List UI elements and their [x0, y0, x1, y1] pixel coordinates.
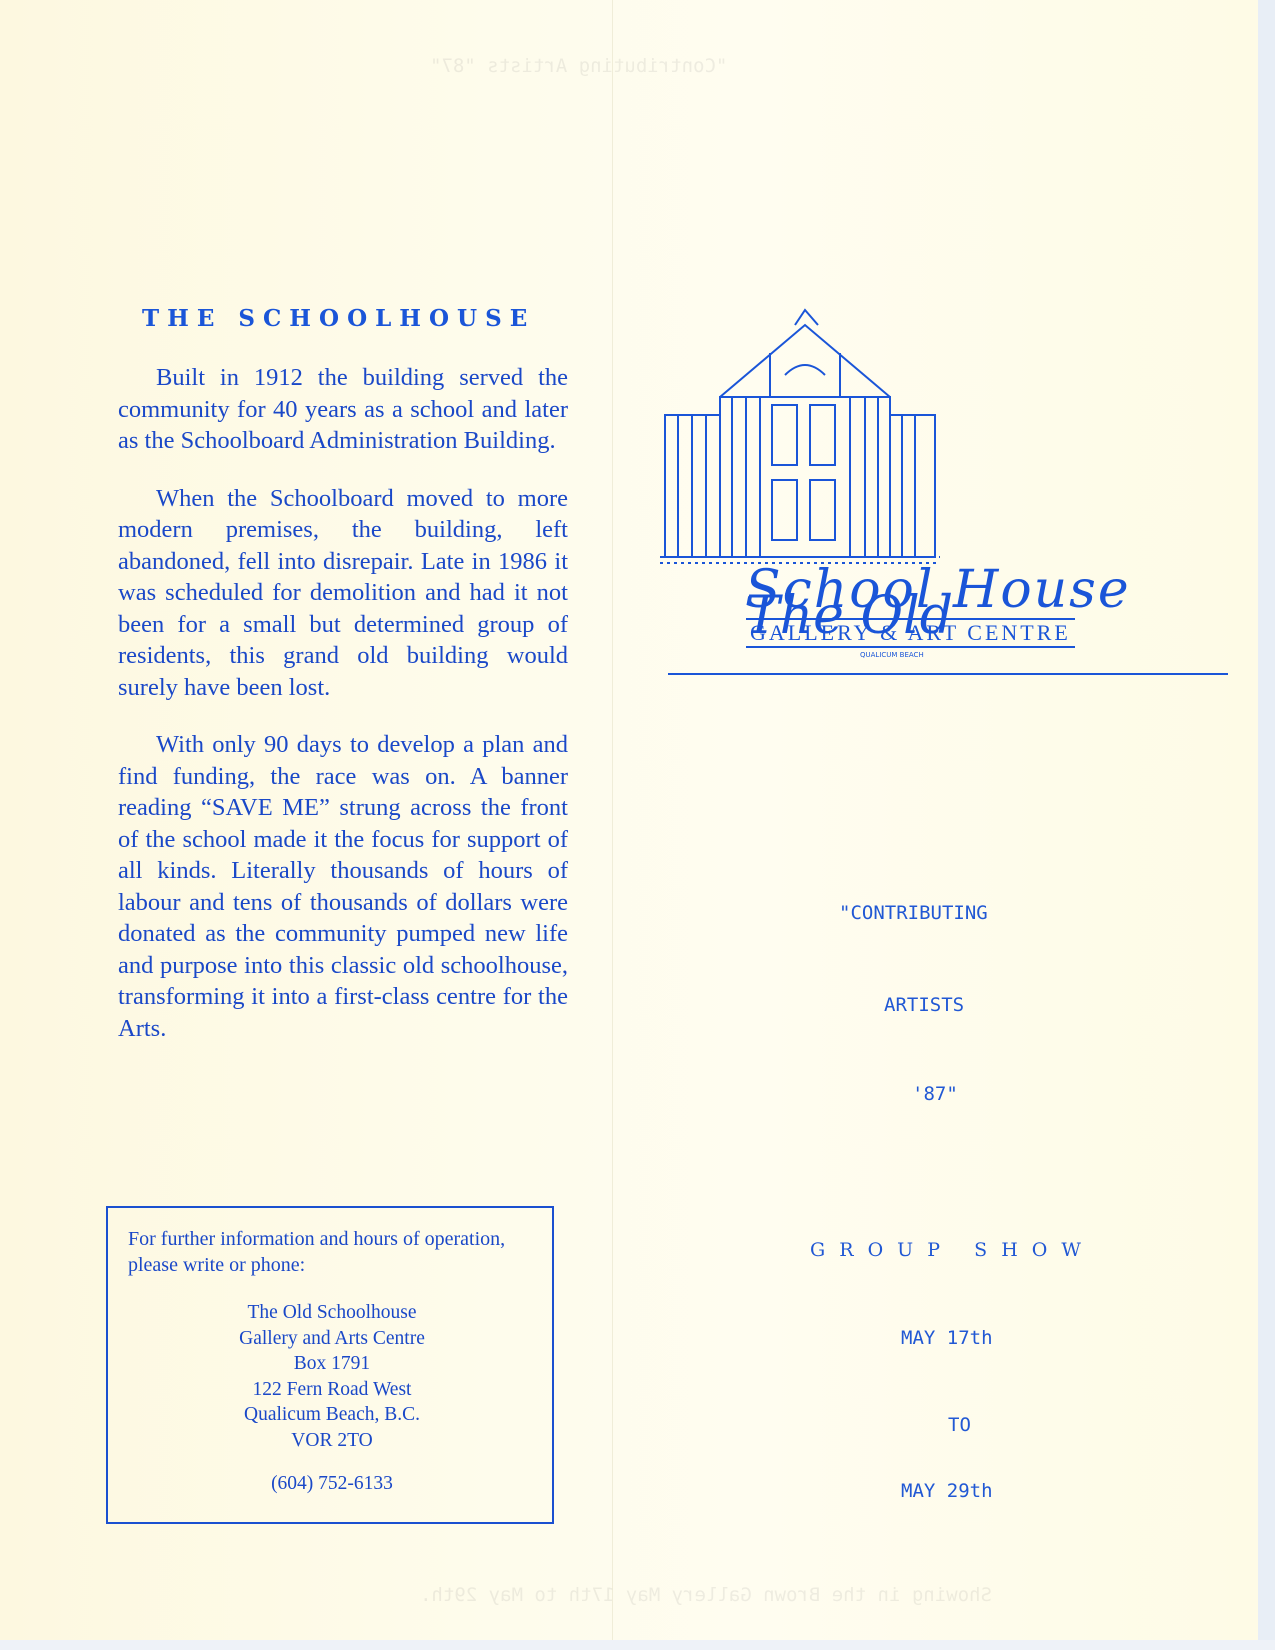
event-date-separator: TO [948, 1414, 971, 1436]
schoolhouse-section: THE SCHOOLHOUSE Built in 1912 the buildi… [118, 305, 568, 1070]
event-start-date: MAY 17th [901, 1327, 993, 1349]
contact-intro: For further information and hours of ope… [128, 1226, 536, 1278]
address-line: 122 Fern Road West [128, 1377, 536, 1403]
history-paragraph: Built in 1912 the building served the co… [118, 362, 568, 457]
logo-subtitle: GALLERY & ART CENTRE [746, 618, 1075, 648]
address-line: Qualicum Beach, B.C. [128, 1402, 536, 1428]
schoolhouse-title: THE SCHOOLHOUSE [142, 305, 568, 332]
address-line: The Old Schoolhouse [128, 1300, 536, 1326]
bleed-through-footer: Showing in the Brown Gallery May 17th to… [420, 1585, 992, 1606]
event-title-line1: "CONTRIBUTING [839, 902, 988, 924]
history-paragraph: When the Schoolboard moved to more moder… [118, 483, 568, 704]
logo-rule [668, 673, 1228, 675]
scan-edge [1258, 0, 1275, 1650]
logo-location: QUALICUM BEACH [860, 651, 924, 659]
address-line: VOR 2TO [128, 1428, 536, 1454]
logo-script-line2: School House [745, 560, 1131, 620]
address-line: Box 1791 [128, 1351, 536, 1377]
event-title-line2: ARTISTS [884, 994, 964, 1016]
scan-edge-bottom [0, 1640, 1275, 1650]
history-paragraph: With only 90 days to develop a plan and … [118, 729, 568, 1044]
event-title-line3: '87" [912, 1083, 958, 1105]
fold-crease [612, 0, 613, 1640]
event-end-date: MAY 29th [901, 1480, 993, 1502]
contact-phone: (604) 752-6133 [128, 1473, 536, 1495]
address-line: Gallery and Arts Centre [128, 1326, 536, 1352]
event-type: G R O U P S H O W [810, 1239, 1085, 1261]
bleed-through-heading: "Contributing Artists "87" [430, 56, 727, 77]
contact-box: For further information and hours of ope… [106, 1206, 554, 1524]
